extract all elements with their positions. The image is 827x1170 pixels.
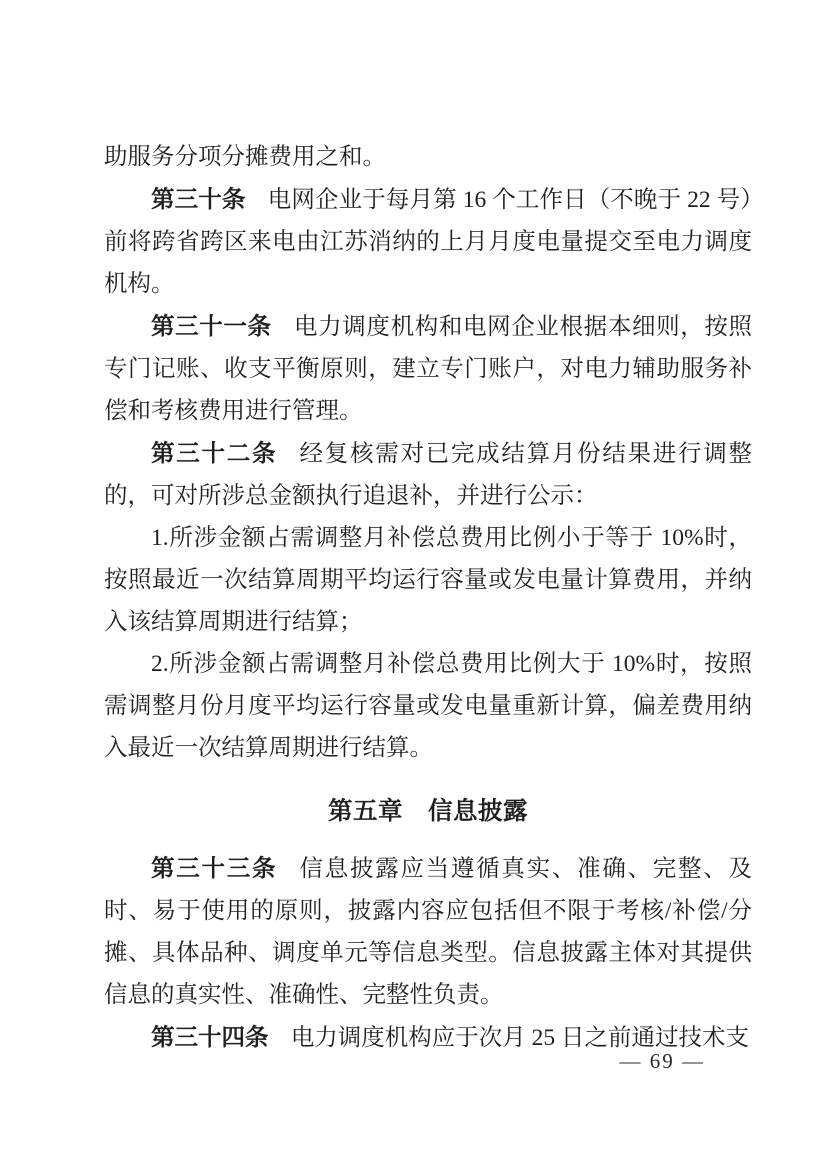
page-footer: — 69 — xyxy=(620,1048,706,1074)
article-33-number: 第三十三条 xyxy=(151,855,277,881)
list-item-1: 1.所涉金额占需调整月补偿总费用比例小于等于 10%时，按照最近一次结算周期平均… xyxy=(104,517,752,643)
document-body: 助服务分项分摊费用之和。 第三十条电网企业于每月第 16 个工作日（不晚于 22… xyxy=(104,136,752,1059)
paragraph-article-31: 第三十一条电力调度机构和电网企业根据本细则，按照专门记账、收支平衡原则，建立专门… xyxy=(104,305,752,432)
list-item-2: 2.所涉金额占需调整月补偿总费用比例大于 10%时，按照需调整月份月度平均运行容… xyxy=(104,643,752,769)
paragraph-article-32: 第三十二条经复核需对已完成结算月份结果进行调整的，可对所涉总金额执行追退补，并进… xyxy=(104,432,752,517)
paragraph-article-30: 第三十条电网企业于每月第 16 个工作日（不晚于 22 号）前将跨省跨区来电由江… xyxy=(104,178,752,305)
document-page: 助服务分项分摊费用之和。 第三十条电网企业于每月第 16 个工作日（不晚于 22… xyxy=(0,0,827,1170)
article-30-number: 第三十条 xyxy=(151,186,245,212)
chapter-heading: 第五章 信息披露 xyxy=(104,791,752,833)
article-32-number: 第三十二条 xyxy=(151,440,277,466)
article-34-number: 第三十四条 xyxy=(151,1024,269,1050)
article-31-number: 第三十一条 xyxy=(151,313,272,339)
page-number: — 69 — xyxy=(620,1049,706,1073)
paragraph-continuation: 助服务分项分摊费用之和。 xyxy=(104,136,752,178)
paragraph-article-33: 第三十三条信息披露应当遵循真实、准确、完整、及时、易于使用的原则，披露内容应包括… xyxy=(104,847,752,1016)
